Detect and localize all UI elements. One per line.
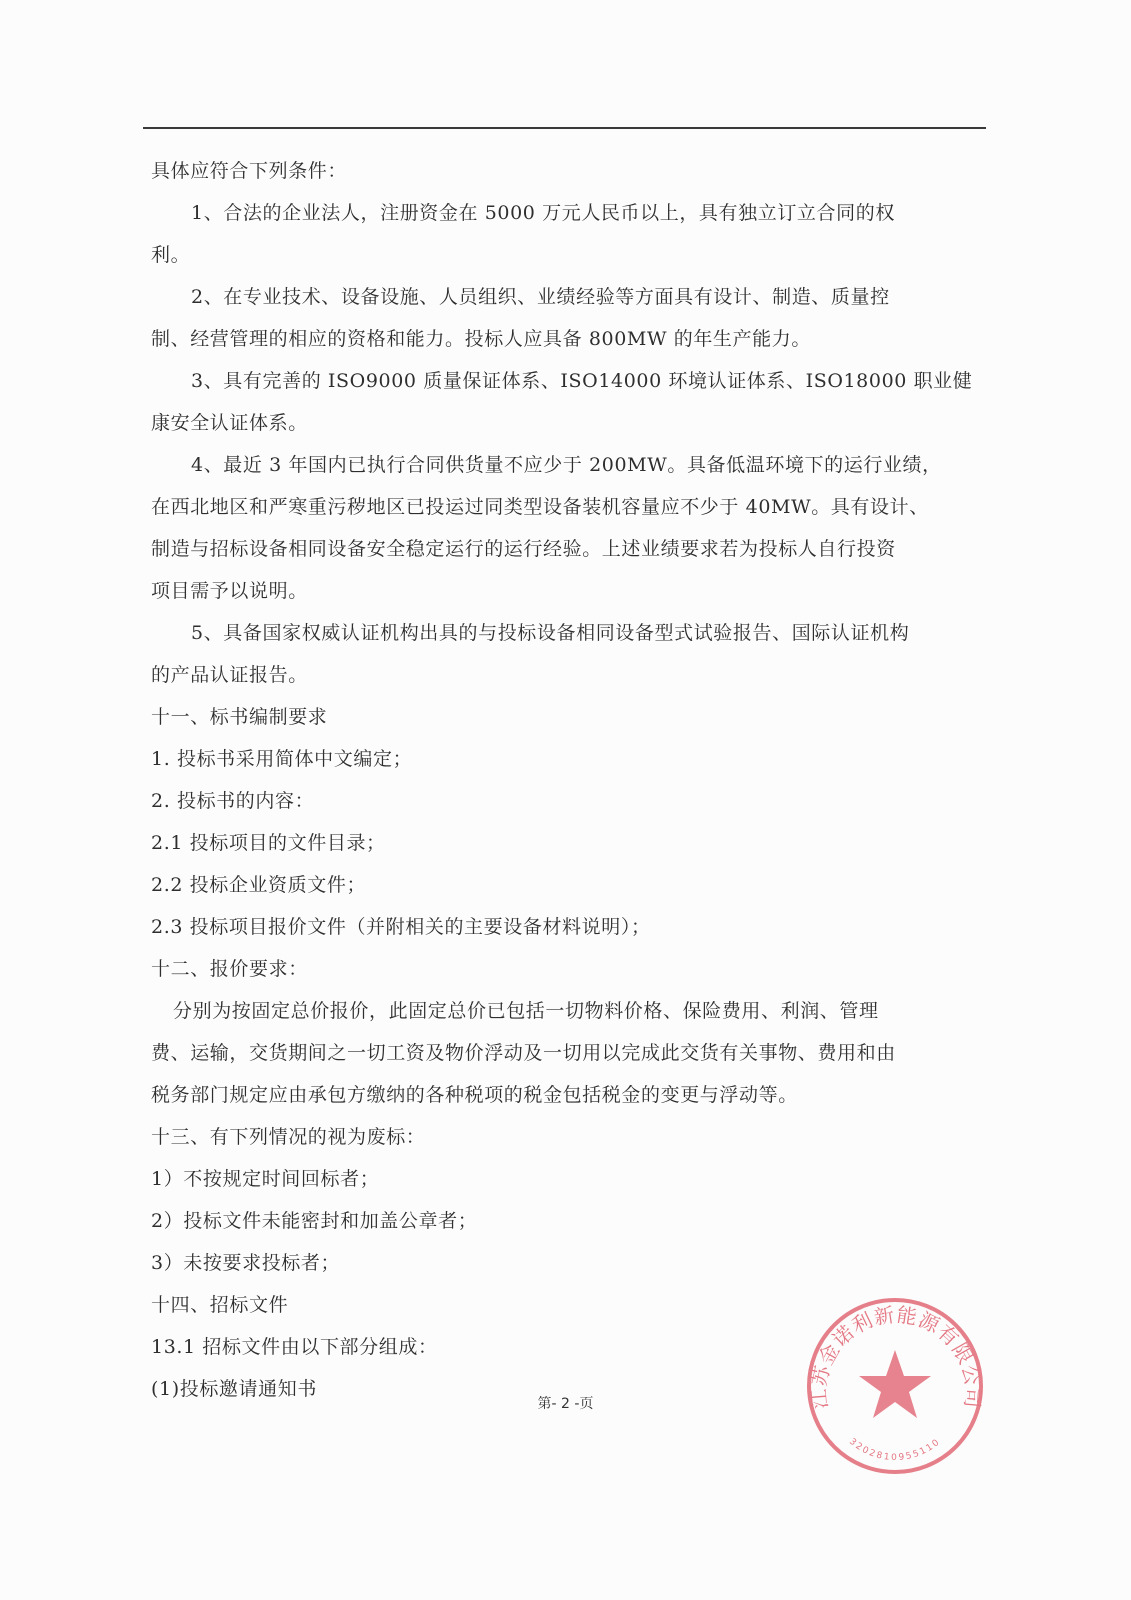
paragraph-line: 税务部门规定应由承包方缴纳的各种税项的税金包括税金的变更与浮动等。	[151, 1080, 798, 1110]
list-item: 13.1 招标文件由以下部分组成：	[151, 1332, 438, 1362]
section-heading-11: 十一、标书编制要求	[151, 702, 327, 732]
text-line: 康安全认证体系。	[151, 408, 308, 438]
svg-text:3202810955110: 3202810955110	[847, 1437, 943, 1463]
text-line: 在西北地区和严寒重污秽地区已投运过同类型设备装机容量应不少于 40MW。具有设计…	[151, 492, 929, 522]
section-heading-12: 十二、报价要求：	[151, 954, 308, 984]
list-item: 1）不按规定时间回标者；	[151, 1164, 379, 1194]
text-line: 项目需予以说明。	[151, 576, 308, 606]
requirement-1: 1、合法的企业法人，注册资金在 5000 万元人民币以上，具有独立订立合同的权	[151, 198, 895, 228]
seal-code: 3202810955110	[847, 1437, 943, 1463]
seal-star-icon	[859, 1350, 931, 1418]
text-line: 具体应符合下列条件：	[151, 156, 347, 186]
paragraph-line: 费、运输，交货期间之一切工资及物价浮动及一切用以完成此交货有关事物、费用和由	[151, 1038, 896, 1068]
company-seal: 江苏金诺利新能源有限公司 3202810955110	[805, 1296, 985, 1476]
text-line: 制、经营管理的相应的资格和能力。投标人应具备 800MW 的年生产能力。	[151, 324, 811, 354]
paragraph-line: 分别为按固定总价报价，此固定总价已包括一切物料价格、保险费用、利润、管理	[151, 996, 879, 1026]
section-heading-13: 十三、有下列情况的视为废标：	[151, 1122, 425, 1152]
list-item: 2.2 投标企业资质文件；	[151, 870, 366, 900]
text-line: 的产品认证报告。	[151, 660, 308, 690]
list-item: 2. 投标书的内容：	[151, 786, 314, 816]
text-line: 制造与招标设备相同设备安全稳定运行的运行经验。上述业绩要求若为投标人自行投资	[151, 534, 896, 564]
text-line: 利。	[151, 240, 190, 270]
section-heading-14: 十四、招标文件	[151, 1290, 288, 1320]
list-item: 1. 投标书采用简体中文编定；	[151, 744, 412, 774]
list-item: 2.1 投标项目的文件目录；	[151, 828, 386, 858]
header-rule	[143, 127, 986, 129]
list-item: 3）未按要求投标者；	[151, 1248, 340, 1278]
requirement-3: 3、具有完善的 ISO9000 质量保证体系、ISO14000 环境认证体系、I…	[151, 366, 972, 396]
list-item: 2.3 投标项目报价文件（并附相关的主要设备材料说明）；	[151, 912, 651, 942]
list-item: 2）投标文件未能密封和加盖公章者；	[151, 1206, 477, 1236]
requirement-5: 5、具备国家权威认证机构出具的与投标设备相同设备型式试验报告、国际认证机构	[151, 618, 909, 648]
document-page: 具体应符合下列条件： 1、合法的企业法人，注册资金在 5000 万元人民币以上，…	[0, 0, 1131, 1600]
requirement-4: 4、最近 3 年国内已执行合同供货量不应少于 200MW。具备低温环境下的运行业…	[151, 450, 942, 480]
seal-stamp-icon: 江苏金诺利新能源有限公司 3202810955110	[805, 1296, 985, 1476]
requirement-2: 2、在专业技术、设备设施、人员组织、业绩经验等方面具有设计、制造、质量控	[151, 282, 890, 312]
